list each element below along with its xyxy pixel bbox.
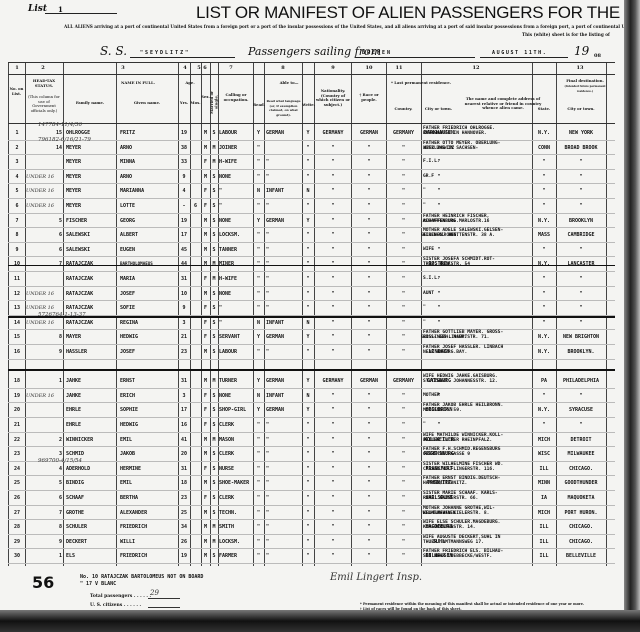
cell-dest: BROOKLYN. [556, 349, 606, 355]
cell-occ: NONE [219, 291, 253, 297]
relative-line: FATHER OTTO MEYER. OBERLUNG- [423, 141, 500, 146]
passenger-row: 301ELSFRIEDRICH19MSFARMER""""""BILHAUSEN… [8, 548, 615, 562]
cell-relative: FATHER GOTTLIEB MAYER. GROSS-EISLINGEN. … [423, 330, 503, 340]
cell-sex: M [201, 145, 210, 151]
footer-note-not-on-board: No. 10 RATAJCZAK BARTOLOMEUS NOT ON BOAR… [80, 574, 203, 580]
cell-occ: LABOUR [219, 349, 253, 355]
cell-occ: " [219, 320, 253, 326]
cell-relative: FATHER OTTO MEYER. OBERLUNG-WITZ 345 IN … [423, 141, 500, 151]
cell-write: " [302, 451, 314, 457]
cell-no: 5 [11, 188, 23, 194]
cell-dest: " [556, 291, 606, 297]
cell-read: " [253, 203, 264, 209]
passenger-row: 107RATAJCZAKBARTHOLOMAEUS44MMMINER""""""… [8, 256, 615, 270]
header-final-note: (Intended future permanent residence.) [556, 85, 614, 94]
cell-nat: " [315, 466, 351, 472]
cell-write: N [302, 393, 314, 399]
cell-sex: F [201, 305, 210, 311]
cell-tax: UNDER 16 [26, 305, 62, 311]
manifest-sheet: List 1 LIST OR MANIFEST OF ALIEN PASSENG… [0, 0, 625, 610]
cell-nat: " [315, 451, 351, 457]
passenger-row: 5UNDER 16MEYERMARIANNA4FS"NINFANTN""""""… [8, 183, 615, 197]
passenger-row: 11RATAJCZAKMARIA31FMH-WIFE"""""""""S.I.L… [8, 271, 615, 285]
cell-given: REGINA [120, 320, 178, 326]
cell-no: 11 [11, 276, 23, 282]
cell-tax: 14 [26, 145, 62, 151]
ss-label: S. S. [100, 44, 127, 58]
cell-write: " [302, 553, 314, 559]
cell-age: 38 [178, 145, 190, 151]
cell-dest: " [556, 159, 606, 165]
cell-nat: " [315, 174, 351, 180]
cell-read: " [253, 524, 264, 530]
header-age-mos: Mos. [190, 101, 201, 106]
passenger-row: 20EHRLESOPHIE17FSSHOP-GIRLYGERMANY"""HEI… [8, 402, 615, 416]
cell-ms: S [210, 218, 218, 224]
cell-age: 44 [178, 261, 190, 267]
cell-sex: M [201, 437, 210, 443]
cell-lang: " [266, 276, 302, 282]
cell-write: " [302, 437, 314, 443]
cell-tax: 15 [26, 130, 62, 136]
cell-lang: " [266, 422, 302, 428]
cell-lang: " [266, 247, 302, 253]
cell-ms: M [210, 276, 218, 282]
cell-race: " [352, 188, 386, 194]
cell-no: 29 [11, 539, 23, 545]
cell-no: 8 [11, 232, 23, 238]
cell-read: N [253, 188, 264, 194]
relative-line: " [423, 320, 426, 325]
cell-family: SCHULER [66, 524, 116, 530]
cell-state: CONN [532, 145, 556, 151]
cell-state: " [532, 276, 556, 282]
cell-family: RATAJCZAK [66, 261, 116, 267]
cell-family: MEYER [66, 159, 116, 165]
cell-lang: " [266, 349, 302, 355]
relative-line: WITZ 345 IN SACHSEN- [423, 146, 500, 151]
cell-read: " [253, 422, 264, 428]
cell-dest: " [556, 276, 606, 282]
cell-occ: " [219, 305, 253, 311]
cell-lang: GERMAN [266, 334, 302, 340]
cell-lang: " [266, 159, 302, 165]
passenger-row: 3MEYERMINNA33FMH-WIFE"""""""""F.I.L. [8, 154, 615, 168]
cell-age: 17 [178, 232, 190, 238]
cell-tax: 9 [26, 539, 62, 545]
document-subtitle-2: This (white) sheet is for the listing of [522, 32, 610, 37]
cell-occ: MINER [219, 261, 253, 267]
cell-lang: GERMAN [266, 407, 302, 413]
cell-race: " [352, 218, 386, 224]
cell-read: Y [253, 218, 264, 224]
cell-read: N [253, 320, 264, 326]
cell-relative: MOTHER ADELE SALEWSKI.GELSEN-KIRCHEN. HU… [423, 228, 503, 238]
cell-age: 34 [178, 524, 190, 530]
cell-nat: " [315, 276, 351, 282]
cell-race: " [352, 466, 386, 472]
cell-family: RATAJCZAK [66, 305, 116, 311]
cell-race: " [352, 232, 386, 238]
cell-race: GERMAN [352, 378, 386, 384]
cell-given: MARIA [120, 276, 178, 282]
cell-dest: CHICAGO. [556, 539, 606, 545]
cell-dest: " [556, 203, 606, 209]
cell-state: " [532, 203, 556, 209]
relative-line: GR.F [423, 174, 434, 179]
cell-family: MEYER [66, 145, 116, 151]
cell-family: EHRLE [66, 422, 116, 428]
cell-sex: F [201, 159, 210, 165]
cell-state: " [532, 291, 556, 297]
cell-given: ARNO [120, 174, 178, 180]
cell-ms: S [210, 305, 218, 311]
cell-occ: NONE [219, 218, 253, 224]
cell-sex: F [201, 188, 210, 194]
cell-family: JAHKE [66, 378, 116, 384]
cell-write: " [302, 232, 314, 238]
cell-state: ILL [532, 539, 556, 545]
cell-state: MASS [532, 232, 556, 238]
cell-dest: BROOKLYN [556, 218, 606, 224]
cell-given: HEDWIG [120, 422, 178, 428]
cell-family: ADERHOLD [66, 466, 116, 472]
cell-city: " [421, 305, 457, 311]
cell-country: GERMANY [386, 378, 421, 384]
cell-relative: WIFE HEDWIG JAHKE.GAISBURG.STUTTGART. JO… [423, 374, 498, 384]
passenger-row: 6UNDER 16MEYERLOTTE-6FS""""""""""" [8, 198, 615, 212]
col-number-6: 6 [202, 65, 208, 71]
cell-relative: F.I.L. [423, 159, 440, 164]
cell-read: " [253, 466, 264, 472]
cell-write: " [302, 203, 314, 209]
cell-ms: S [210, 553, 218, 559]
cell-lang: INFANT [266, 320, 302, 326]
cell-race: " [352, 393, 386, 399]
cell-dest: CHICAGO. [556, 466, 606, 472]
relative-line: MORGENSTR. 59. [423, 408, 503, 413]
cell-given: FRITZ [120, 130, 178, 136]
passenger-row: 14UNDER 16RATAJCZAKREGINA3FS"NINFANTN"""… [8, 315, 615, 329]
cell-read: " [253, 145, 264, 151]
relative-line: CASSEL.WOLFLINGERSTR. 116. [423, 467, 503, 472]
cell-write: " [302, 247, 314, 253]
cell-read: " [253, 232, 264, 238]
cell-race: " [352, 203, 386, 209]
cell-no: 13 [11, 305, 23, 311]
cell-lang: " [266, 203, 302, 209]
header-dest-city: City or town. [556, 107, 606, 112]
cell-sex: F [201, 407, 210, 413]
ship-name: "SEYDLITZ" [140, 50, 190, 56]
cell-write: " [302, 305, 314, 311]
cell-dest: NEW YORK [556, 130, 606, 136]
cell-write: Y [302, 334, 314, 340]
cell-given: JAKOB [120, 451, 178, 457]
cell-no: 10 [11, 261, 23, 267]
cell-read: " [253, 276, 264, 282]
cell-dest: CHICAGO. [556, 524, 606, 530]
passenger-row: 233SCHMIDJAKOB20MSCLERK""""""REGENSBURGW… [8, 446, 615, 460]
cell-ms: S [210, 407, 218, 413]
cell-race: " [352, 539, 386, 545]
cell-nat: " [315, 495, 351, 501]
cell-nat: " [315, 159, 351, 165]
cell-country: " [386, 422, 421, 428]
cell-relative: WIFE ELSE SCHULER.MAGDEBURG.KURFUERSTENS… [423, 520, 500, 530]
cell-age: 31 [178, 378, 190, 384]
cell-given: GEORG [120, 218, 178, 224]
cell-dest: GOODTHUNDER [556, 480, 606, 486]
cell-no: 28 [11, 524, 23, 530]
cell-relative: FATHER ERNST BINDIG.DEUTSCH-HAMMER/TREBN… [423, 476, 500, 486]
cell-no: 3 [11, 159, 23, 165]
cell-tax: 5 [26, 480, 62, 486]
header-city: City or town. [421, 107, 456, 112]
relative-line: SEN NEAR LUEBBECKE/WESTF. [423, 554, 503, 559]
relative-line: MOTHER [423, 393, 440, 398]
cell-nat: " [315, 203, 351, 209]
cell-read: " [253, 159, 264, 165]
cell-relative: FATHER JOSEF HASSLER. LINBACHNEAR AMBERG… [423, 345, 503, 355]
cell-ms: M [210, 378, 218, 384]
year-suffix: 08 [594, 53, 601, 59]
cell-dest: MAQUOKETA [556, 495, 606, 501]
cell-race: " [352, 159, 386, 165]
cell-tax: UNDER 16 [26, 393, 62, 399]
cell-lang: " [266, 232, 302, 238]
cell-sex: M [201, 349, 210, 355]
cell-read: " [253, 539, 264, 545]
cell-state: MICH [532, 437, 556, 443]
cell-state: N.Y. [532, 334, 556, 340]
passenger-row: 288SCHULERFRIEDRICH34MMSMITH""""""MAGDEB… [8, 519, 615, 533]
relative-line: ACHAFFENBURG.MARLOSTR.16 [423, 219, 489, 224]
cell-relative: WIFE MATHILDE WINNICKER.KOLL-WEILER IN D… [423, 433, 503, 443]
cell-family: ELS [66, 553, 116, 559]
cell-no: 16 [11, 349, 23, 355]
cell-no: 20 [11, 407, 23, 413]
cell-no: 9 [11, 247, 23, 253]
cell-nat: " [315, 320, 351, 326]
cell-sex: M [201, 524, 210, 530]
cell-dest: BELLEVILLE [556, 553, 606, 559]
col-number-1: 1 [12, 65, 22, 71]
cell-tax: 7 [26, 510, 62, 516]
cell-age: 19 [178, 553, 190, 559]
relative-line: HAMMER/TREBNITZ. [423, 481, 500, 486]
cell-dest: " [556, 247, 606, 253]
passenger-row: 255BINDIGEMIL18MSSHOE-MAKER""""""TREBNIT… [8, 475, 615, 489]
list-number-line [45, 13, 117, 14]
cell-tax: UNDER 16 [26, 320, 62, 326]
cell-lang: " [266, 261, 302, 267]
col-number-4: 4 [180, 65, 190, 71]
cell-ms: M [210, 524, 218, 530]
relative-line: AUNT [423, 291, 434, 296]
handwritten-annotation: 969700-4/15/54 [38, 458, 82, 464]
cell-read: N [253, 393, 264, 399]
cell-lang: " [266, 174, 302, 180]
cell-read: Y [253, 407, 264, 413]
handwritten-annotation: 5726764-1-13-37 [38, 312, 86, 318]
cell-ms: S [210, 320, 218, 326]
cell-sex: F [201, 203, 210, 209]
cell-sex: M [201, 247, 210, 253]
col-number-3: 3 [118, 65, 128, 71]
cell-sex: F [201, 466, 210, 472]
header-married: Married or single. [210, 85, 218, 119]
cell-no: 21 [11, 422, 23, 428]
cell-lang: GERMAN [266, 218, 302, 224]
cell-relative: " [423, 203, 426, 208]
cell-age: 31 [178, 466, 190, 472]
passenger-row: 266SCHAAFBERTHA23FSCLERK""""""KARLSRUHEI… [8, 490, 615, 504]
header-state: State. [532, 107, 556, 112]
cell-age: 3 [178, 320, 190, 326]
cell-state: N.Y. [532, 407, 556, 413]
cell-state: N.Y. [532, 349, 556, 355]
cell-occ: H-WIFE [219, 159, 253, 165]
cell-age-mos: 6 [190, 203, 201, 209]
cell-lang: " [266, 480, 302, 486]
cell-occ: FARMER [219, 553, 253, 559]
cell-tax: UNDER 16 [26, 188, 62, 194]
cell-age: 9 [178, 305, 190, 311]
total-passengers-label: Total passengers . . . . . . [90, 594, 151, 599]
cell-country: GERMANY [386, 130, 421, 136]
cell-country: " [386, 451, 421, 457]
cell-state: " [532, 393, 556, 399]
cell-relative: AUNT [423, 291, 434, 296]
cell-age: 9 [178, 174, 190, 180]
cell-ms: S [210, 422, 218, 428]
cell-tax: 1 [26, 553, 62, 559]
cell-lang: " [266, 305, 302, 311]
cell-lang: " [266, 495, 302, 501]
cell-relative: " [423, 320, 426, 325]
cell-nat: " [315, 553, 351, 559]
cell-race: " [352, 553, 386, 559]
relative-line: EISLINGEN. HAUPTSTR. 71. [423, 335, 503, 340]
cell-family: BINDIG [66, 480, 116, 486]
cell-family: HASSLER [66, 349, 116, 355]
cell-race: " [352, 451, 386, 457]
cell-write: Y [302, 218, 314, 224]
cell-sex: F [201, 320, 210, 326]
cell-given: LOTTE [120, 203, 178, 209]
cell-relative: " [423, 422, 426, 427]
cell-age: 4 [178, 188, 190, 194]
cell-ms: S [210, 203, 218, 209]
cell-tax: 8 [26, 334, 62, 340]
cell-write: " [302, 422, 314, 428]
cell-read: " [253, 261, 264, 267]
cell-relative: FATHER F.H.SCHMID.REGENSBURGOBERE BACHGA… [423, 447, 500, 457]
port-from: BREMEN [362, 50, 392, 56]
col-number-12: 12 [470, 65, 482, 71]
cell-age: 10 [178, 291, 190, 297]
cell-occ: SHOP-GIRL [219, 407, 253, 413]
cell-nat: " [315, 510, 351, 516]
cell-read: " [253, 349, 264, 355]
cell-state: N.Y. [532, 218, 556, 224]
cell-country: " [386, 320, 421, 326]
port-line [355, 57, 475, 58]
relative-line: FATHER HEINRICH FISCHER, [423, 214, 489, 219]
cell-race: " [352, 510, 386, 516]
cell-tax: 6 [26, 232, 62, 238]
passenger-row: 12UNDER 16RATAJCZAKJOSEF10MSNONE""""""""… [8, 286, 615, 300]
passenger-row: 21EHRLEHEDWIG16FSCLERK"""""""""" [8, 417, 615, 431]
passenger-row: 299DECKERTWILLI26MMLOCKSM.""""""SUHLILLC… [8, 534, 615, 548]
cell-dest: BROAD BROOK [556, 145, 606, 151]
cell-nat: " [315, 334, 351, 340]
cell-given: WILLI [120, 539, 178, 545]
header-family-name: Family name. [64, 101, 116, 106]
cell-tax: 6 [26, 247, 62, 253]
cell-state: " [532, 320, 556, 326]
cell-no: 23 [11, 451, 23, 457]
cell-no: 22 [11, 437, 23, 443]
cell-relative: SISTER WILHELMINE FISCHER WD.CASSEL.WOLF… [423, 462, 503, 472]
cell-sex: M [201, 553, 210, 559]
relative-line: " [423, 188, 426, 193]
cell-ms: S [210, 334, 218, 340]
cell-given: FRIEDRICH [120, 524, 178, 530]
cell-given: ERICH [120, 393, 178, 399]
cell-age: 17 [178, 407, 190, 413]
passenger-row: 13UNDER 16RATAJCZAKSOFIE9FS""""""""""" [8, 300, 615, 314]
cell-race: " [352, 320, 386, 326]
header-calling: Calling or occupation. [219, 93, 253, 102]
total-passengers-value: 29 [150, 589, 159, 597]
year-prefix: 19 [574, 44, 589, 58]
cell-state: ILL [532, 553, 556, 559]
cell-occ: " [219, 203, 253, 209]
cell-tax: 9 [26, 349, 62, 355]
cell-dest: " [556, 422, 606, 428]
cell-tax: 8 [26, 524, 62, 530]
cell-family: OHLROGGE [66, 130, 116, 136]
col-number-11: 11 [393, 65, 405, 71]
cell-no: 25 [11, 480, 23, 486]
cell-relative: MOTHER [423, 393, 440, 398]
cell-family: GROTHE [66, 510, 116, 516]
cell-dest: NEW BRIGHTON [556, 334, 606, 340]
cell-race: " [352, 437, 386, 443]
footnote-residence: * Permanent residence within the meaning… [360, 602, 584, 606]
cell-tax: 3 [26, 451, 62, 457]
cell-nat: " [315, 349, 351, 355]
cell-occ: MASON [219, 437, 253, 443]
cell-nat: " [315, 393, 351, 399]
document-subtitle: ALL ALIENS arriving at a port of contine… [64, 24, 637, 29]
cell-family: SCHMID [66, 451, 116, 457]
cell-age: 20 [178, 451, 190, 457]
cell-dest: PHILADELPHIA [556, 378, 606, 384]
cell-sex: M [201, 218, 210, 224]
cell-age: 19 [178, 130, 190, 136]
cell-read: " [253, 451, 264, 457]
cell-dest: " [556, 188, 606, 194]
cell-ms: S [210, 480, 218, 486]
relative-line: NEAR AMBERG.BAY. [423, 350, 503, 355]
cell-lang: " [266, 553, 302, 559]
cell-age: 19 [178, 218, 190, 224]
header-age-yrs: Yrs. [178, 101, 190, 106]
cell-no: 26 [11, 495, 23, 501]
